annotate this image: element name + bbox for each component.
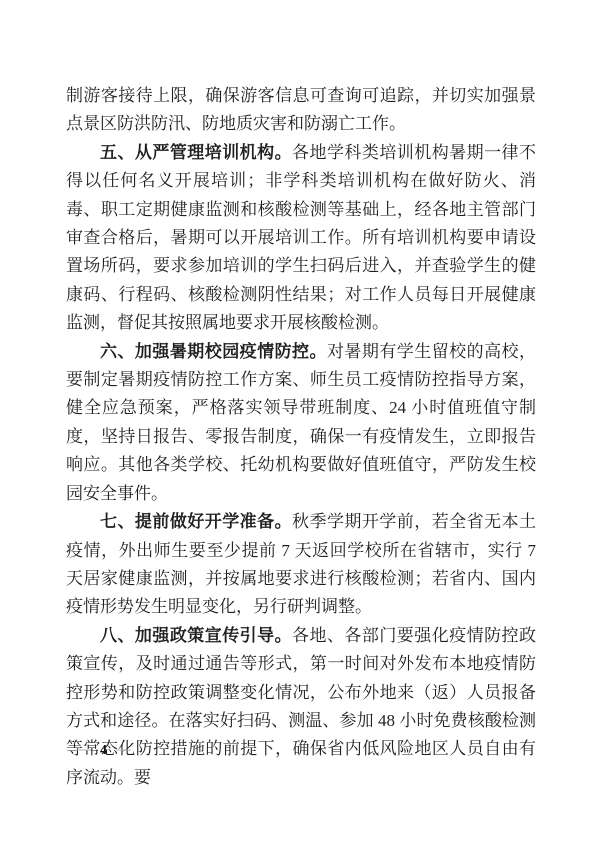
paragraph-continuation: 制游客接待上限，确保游客信息可查询可追踪，并切实加强景点景区防洪防汛、防地质灾害… — [66, 82, 536, 139]
paragraph-body-text: 各地、各部门要强化疫情防控政策宣传，及时通过通告等形式，第一时间对外发布本地疫情… — [66, 626, 536, 787]
page-number: 4 — [100, 743, 107, 758]
page-number-footer: —4— — [76, 740, 131, 761]
page-number-dash-left: — — [76, 741, 91, 758]
paragraph-section-6: 六、加强暑期校园疫情防控。对暑期有学生留校的高校，要制定暑期疫情防控工作方案、师… — [66, 338, 536, 508]
paragraph-body-text: 制游客接待上限，确保游客信息可查询可追踪，并切实加强景点景区防洪防汛、防地质灾害… — [66, 86, 536, 133]
paragraph-body-text: 对暑期有学生留校的高校，要制定暑期疫情防控工作方案、师生员工疫情防控指导方案，健… — [66, 342, 536, 503]
document-page: 制游客接待上限，确保游客信息可查询可追踪，并切实加强景点景区防洪防汛、防地质灾害… — [0, 0, 600, 848]
section-heading-8: 八、加强政策宣传引导。 — [100, 626, 292, 645]
page-number-dash-right: — — [116, 741, 131, 758]
paragraph-section-7: 七、提前做好开学准备。秋季学期开学前，若全省无本土疫情，外出师生要至少提前 7 … — [66, 508, 536, 622]
paragraph-body-text: 各地学科类培训机构暑期一律不得以任何名义开展培训；非学科类培训机构在做好防火、消… — [66, 143, 536, 332]
section-heading-6: 六、加强暑期校园疫情防控。 — [100, 342, 327, 361]
section-heading-7: 七、提前做好开学准备。 — [100, 512, 292, 531]
paragraph-section-5: 五、从严管理培训机构。各地学科类培训机构暑期一律不得以任何名义开展培训；非学科类… — [66, 139, 536, 338]
section-heading-5: 五、从严管理培训机构。 — [100, 143, 292, 162]
paragraph-section-8: 八、加强政策宣传引导。各地、各部门要强化疫情防控政策宣传，及时通过通告等形式，第… — [66, 622, 536, 792]
document-body: 制游客接待上限，确保游客信息可查询可追踪，并切实加强景点景区防洪防汛、防地质灾害… — [66, 82, 536, 792]
